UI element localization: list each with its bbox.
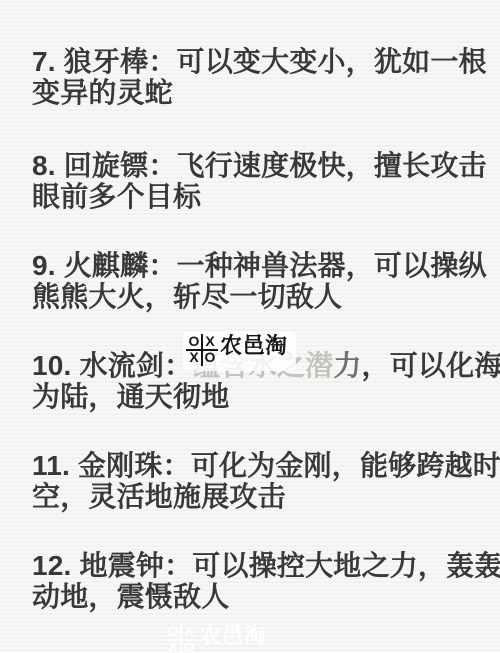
item-text-line: 熊熊大火，斩尽一切敌人 — [32, 281, 482, 312]
item-text-line: 动地，震慑敌人 — [32, 581, 482, 612]
oxxo-grid-logo-icon: O X X O — [165, 624, 197, 653]
list-item-11: 11. 金刚珠：可化为金刚，能够跨越时 空，灵活地施展攻击 — [32, 450, 482, 512]
item-text-line: 11. 金刚珠：可化为金刚，能够跨越时 — [32, 450, 482, 481]
logo-cell: O — [165, 624, 181, 640]
item-text-line: 12. 地震钟：可以操控大地之力，轰轰 — [32, 550, 482, 581]
logo-cell: X — [186, 350, 202, 366]
watermark-ghost: O X X O 农邑淘 — [165, 624, 267, 653]
oxxo-grid-logo-icon: O X X O — [186, 334, 218, 366]
item-text-line: 8. 回旋镖：飞行速度极快，擅长攻击 — [32, 150, 482, 181]
watermark-halffaded-text: 力 — [333, 350, 361, 381]
logo-cell: O — [186, 334, 202, 350]
logo-cell: O — [181, 640, 197, 653]
image-canvas: 7. 狼牙棒：可以变大变小，犹如一根 变异的灵蛇 8. 回旋镖：飞行速度极快，擅… — [0, 0, 500, 653]
watermark-brand-text: 农邑淘 — [199, 624, 267, 648]
list-item-9: 9. 火麒麟：一种神兽法器，可以操纵 熊熊大火，斩尽一切敌人 — [32, 250, 482, 312]
list-item-7: 7. 狼牙棒：可以变大变小，犹如一根 变异的灵蛇 — [32, 46, 482, 108]
item-text-line: 空，灵活地施展攻击 — [32, 481, 482, 512]
logo-cell: X — [165, 640, 181, 653]
item-text-line: 7. 狼牙棒：可以变大变小，犹如一根 — [32, 46, 482, 77]
watermark: O X X O 农邑淘 — [183, 331, 296, 371]
item-text-line: 为陆，通天彻地 — [32, 381, 482, 412]
item-text-line: 9. 火麒麟：一种神兽法器，可以操纵 — [32, 250, 482, 281]
logo-cell: X — [181, 624, 197, 640]
item-text-line: 眼前多个目标 — [32, 181, 482, 212]
logo-cell: X — [202, 334, 218, 350]
item-text-segment: ，可以化海 — [362, 350, 500, 381]
watermark-brand-text: 农邑淘 — [220, 334, 288, 358]
logo-cell: O — [202, 350, 218, 366]
list-item-8: 8. 回旋镖：飞行速度极快，擅长攻击 眼前多个目标 — [32, 150, 482, 212]
item-text-segment: 10. 水流剑： — [32, 350, 192, 381]
list-item-12: 12. 地震钟：可以操控大地之力，轰轰 动地，震慑敌人 — [32, 550, 482, 612]
item-text-line: 变异的灵蛇 — [32, 77, 482, 108]
